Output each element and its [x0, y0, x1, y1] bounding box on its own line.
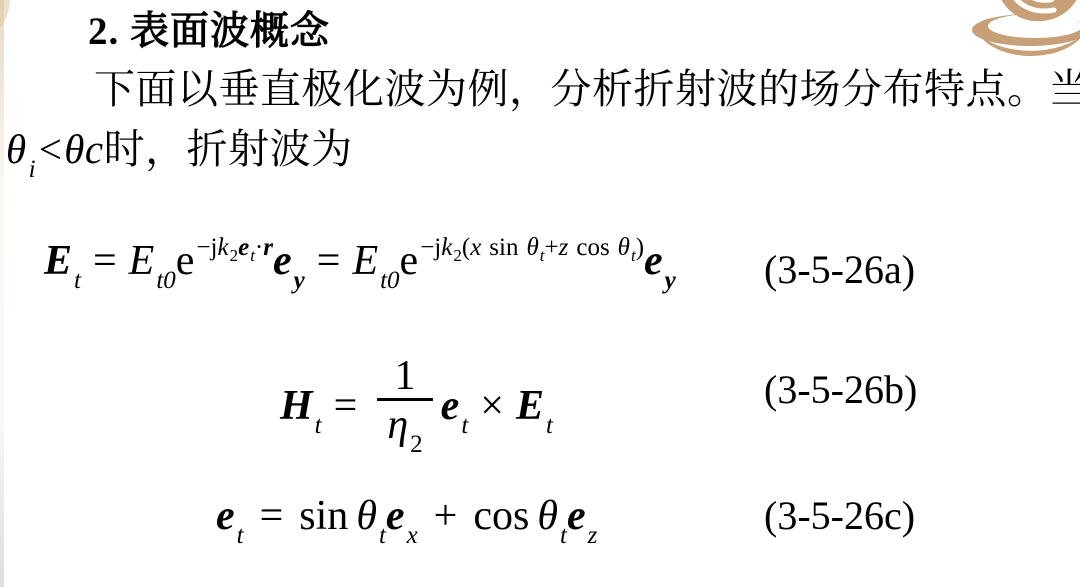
exponent-2: −jk2(xsinθt+zcosθt) — [420, 234, 644, 261]
equation-label-b: (3-5-26b) — [764, 366, 917, 413]
exp-e: e — [176, 238, 195, 284]
paragraph-line-1: 下面以垂直极化波为例，分析折射波的场分布特点。当 — [94, 56, 1080, 115]
subscript-t: t — [315, 412, 322, 439]
cos-function: cos — [576, 234, 609, 261]
eta-symbol: η — [387, 402, 408, 448]
theta-subscript-t: t — [560, 522, 567, 549]
dot-product: · — [255, 234, 263, 261]
left-paren: ( — [462, 234, 470, 261]
vector-r: r — [263, 234, 273, 261]
vector-E-t: E — [44, 238, 72, 284]
slide-title: 2. 表面波概念 — [88, 0, 330, 56]
equation-a: Et=Et0e−jk2et·rey=Et0e−jk2(xsinθt+zcosθt… — [44, 234, 676, 295]
k-symbol: k — [441, 234, 452, 261]
E-t0: E — [352, 238, 378, 284]
vector-e: e — [238, 234, 249, 261]
equation-label-a: (3-5-26a) — [764, 246, 915, 293]
theta-t: θ — [526, 234, 538, 261]
subscript-y: y — [665, 267, 676, 294]
subscript-y: y — [294, 267, 305, 294]
equals-sign: = — [260, 493, 284, 539]
k-subscript-2: 2 — [230, 246, 239, 265]
theta-t: θ — [356, 493, 377, 539]
vector-e-y: e — [273, 238, 292, 284]
paragraph-line-2: θi<θc时，折射波为 — [6, 116, 353, 184]
exp-e: e — [400, 238, 419, 284]
theta-i-subscript: i — [29, 156, 36, 183]
subscript-t: t — [546, 412, 553, 439]
theta-t: θ — [618, 234, 630, 261]
vector-e-y: e — [644, 238, 663, 284]
k-symbol: k — [217, 234, 228, 261]
k-subscript-2: 2 — [453, 246, 462, 265]
x-symbol: x — [470, 234, 481, 261]
equals-sign: = — [317, 238, 341, 284]
minus-j: −j — [196, 234, 217, 261]
vector-H-t: H — [280, 383, 313, 429]
slide: 2. 表面波概念 下面以垂直极化波为例，分析折射波的场分布特点。当 θi<θc时… — [0, 0, 1080, 587]
equals-sign: = — [334, 383, 358, 429]
equation-b: Ht=1η2et×Et — [280, 354, 553, 464]
eta-subscript-2: 2 — [410, 431, 423, 458]
vector-e-t: e — [441, 383, 460, 429]
subscript-t0: t0 — [156, 267, 175, 294]
c-symbol: c — [85, 126, 104, 172]
subscript-x: x — [407, 522, 418, 549]
subscript-t: t — [74, 267, 81, 294]
theta-i-symbol: θ — [6, 126, 27, 172]
equation-label-c: (3-5-26c) — [764, 492, 915, 539]
less-than-sign: < — [36, 126, 64, 172]
vector-e-x: e — [386, 493, 405, 539]
theta-subscript-t: t — [379, 522, 386, 549]
subscript-t0: t0 — [380, 267, 399, 294]
subscript-z: z — [588, 522, 598, 549]
left-edge-decoration — [0, 0, 4, 587]
equation-c: et=sinθtex+cosθtez — [216, 492, 597, 550]
vector-e-t: e — [216, 493, 235, 539]
cross-product: × — [480, 383, 504, 429]
sin-function: sin — [299, 493, 348, 539]
fraction-denominator: η2 — [377, 398, 432, 458]
paragraph-line-2-text: 时，折射波为 — [104, 126, 353, 172]
vector-E-t: E — [516, 383, 544, 429]
fraction-numerator: 1 — [377, 354, 432, 398]
right-paren: ) — [636, 234, 644, 261]
equals-sign: = — [93, 238, 117, 284]
vector-e-z: e — [567, 493, 586, 539]
sin-function: sin — [489, 234, 518, 261]
theta-t: θ — [537, 493, 558, 539]
minus-j: −j — [420, 234, 441, 261]
subscript-t: t — [461, 412, 468, 439]
subscript-t: t — [237, 522, 244, 549]
theta-c-symbol: θ — [64, 126, 85, 172]
plus-sign: + — [434, 493, 458, 539]
fraction-1-over-eta2: 1η2 — [377, 354, 432, 458]
cos-function: cos — [473, 493, 529, 539]
E-t0: E — [129, 238, 155, 284]
z-symbol: z — [559, 234, 569, 261]
plus-sign: + — [545, 234, 559, 261]
exponent-1: −jk2et·r — [196, 234, 273, 261]
